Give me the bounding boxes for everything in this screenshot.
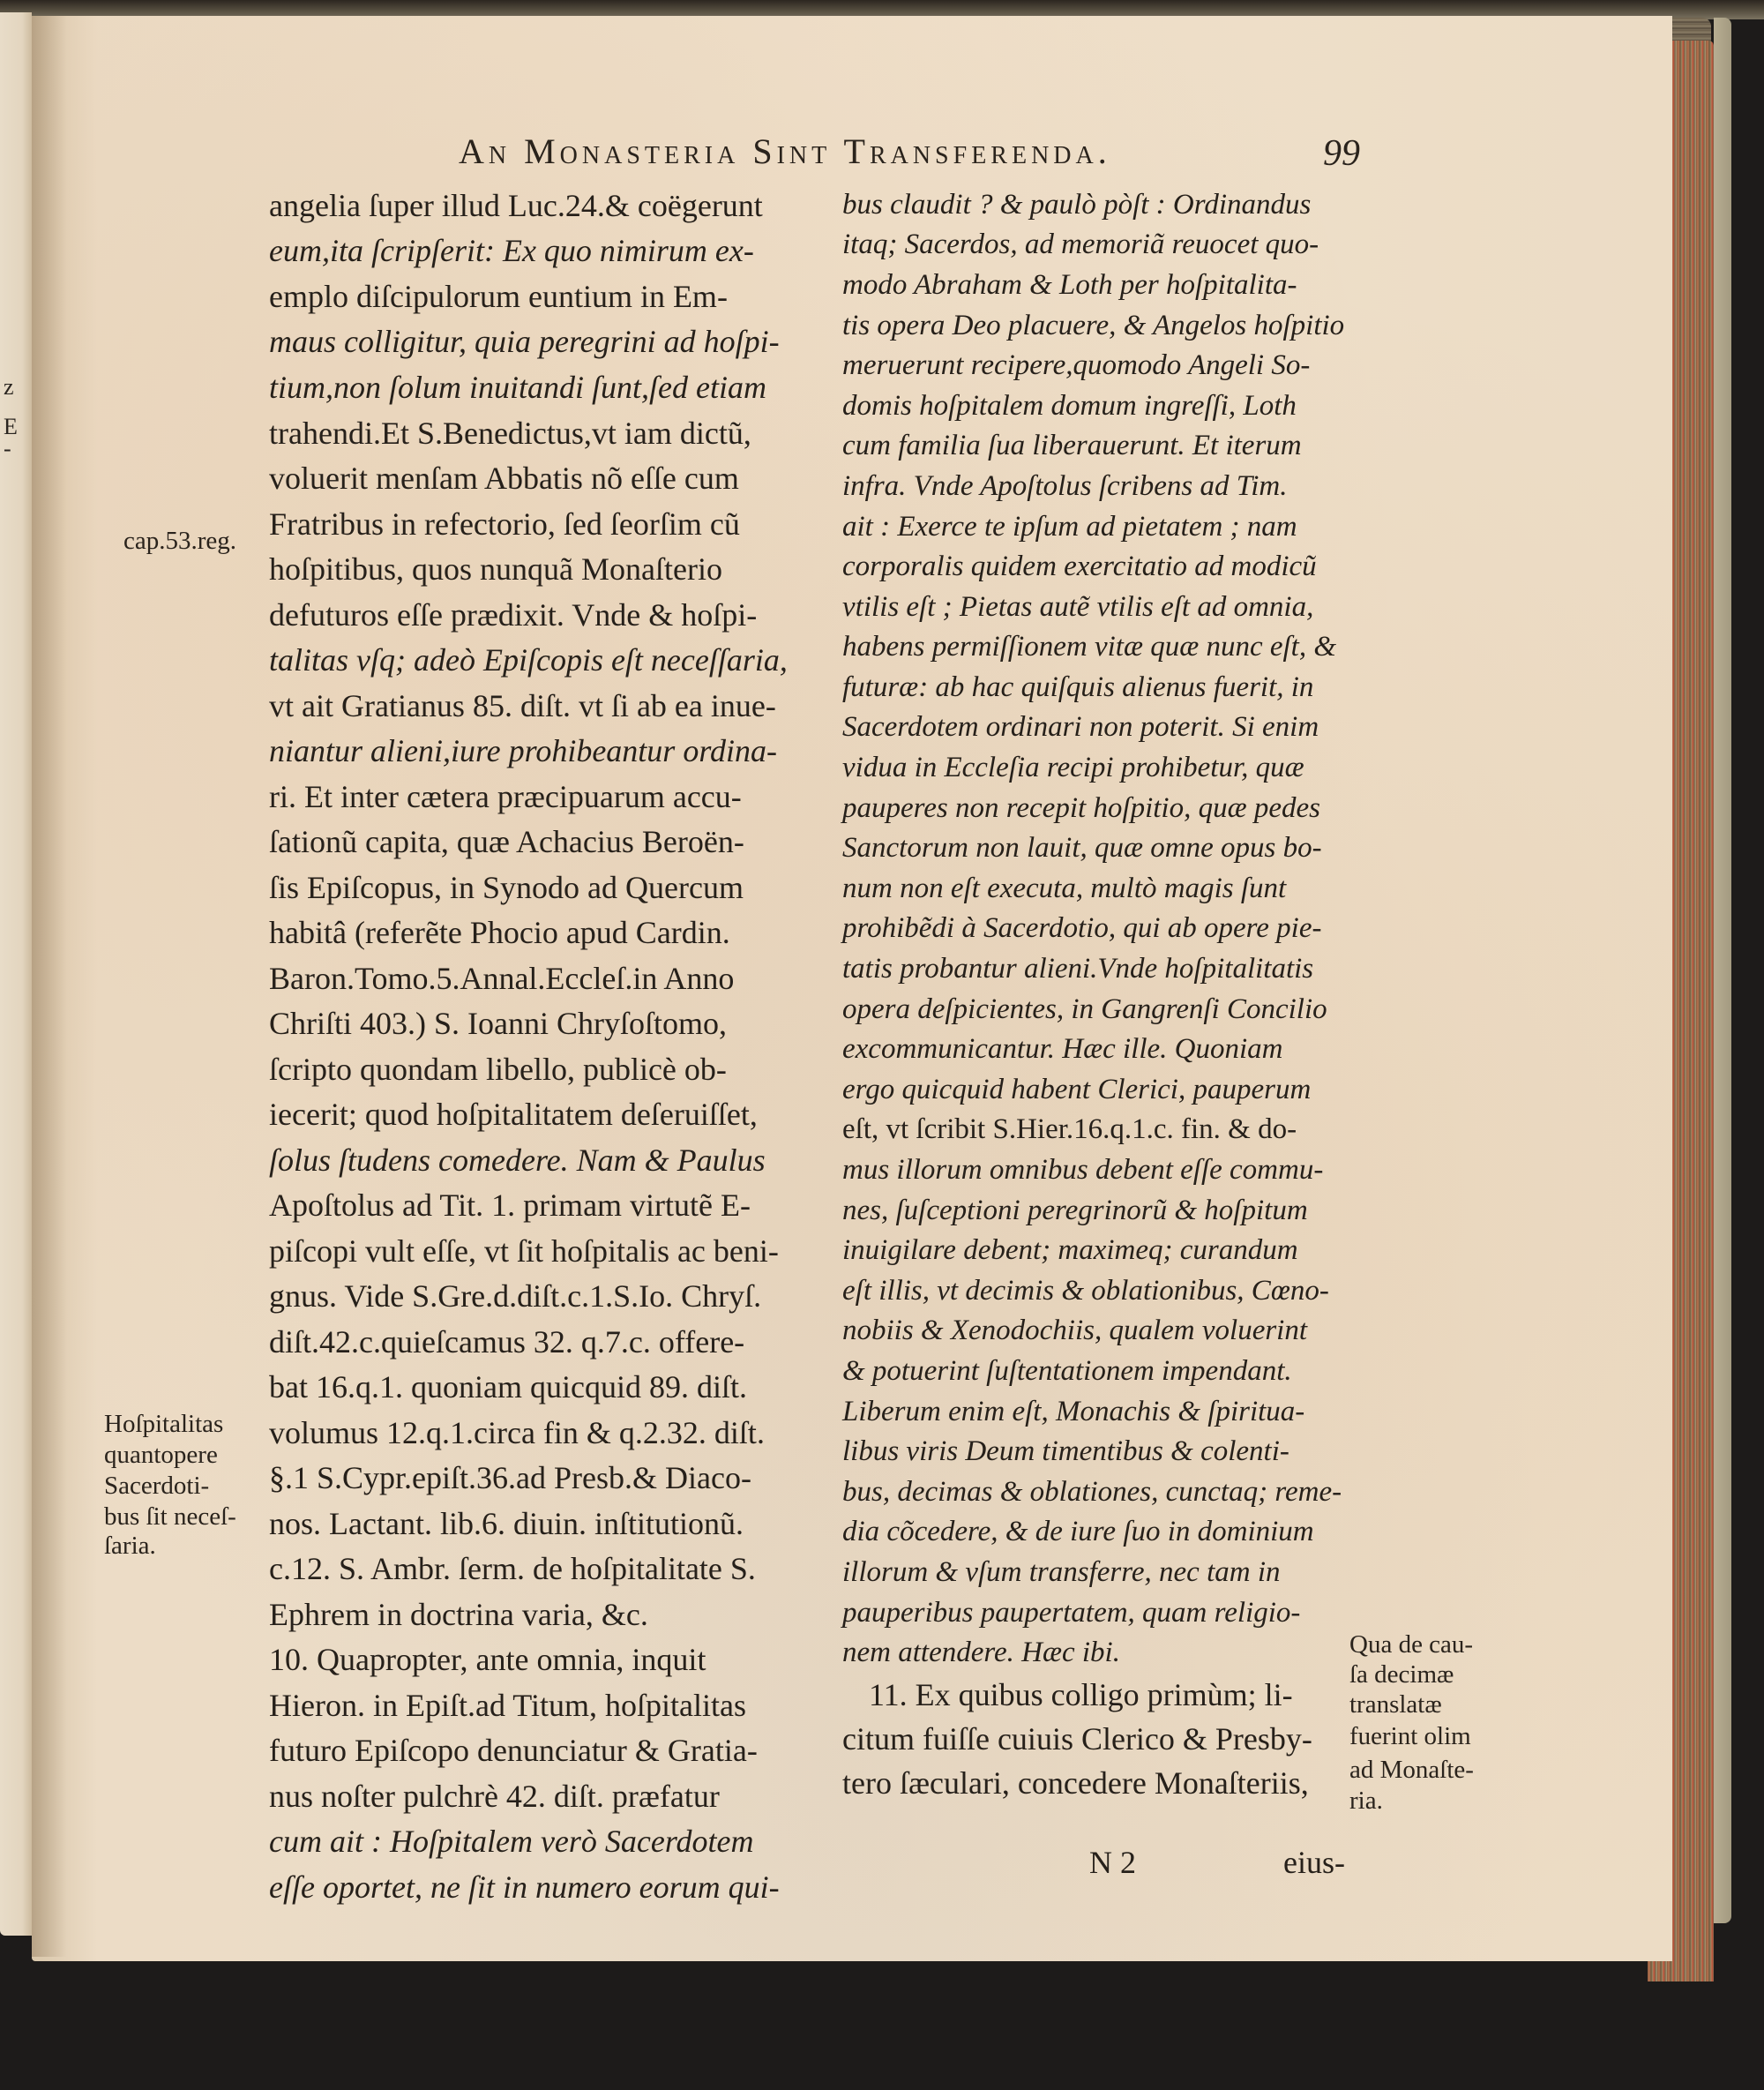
right-column-line: futuræ: ab hac quiſquis alienus fuerit, … (842, 671, 1313, 704)
right-column-line: habens permiſſionem vitæ quæ nunc eſt, & (842, 631, 1336, 663)
margin-note-hospitalitas: bus ſit neceſ- (104, 1502, 236, 1532)
left-column-line: hoſpitibus, quos nunquã Monaſterio (269, 551, 722, 588)
left-column-line: cum ait : Hoſpitalem verò Sacerdotem (269, 1823, 754, 1860)
right-column-line: modo Abraham & Loth per hoſpitalita- (842, 269, 1297, 302)
left-column-line: eum,ita ſcripſerit: Ex quo nimirum ex- (269, 232, 754, 269)
left-column-line: Apoſtolus ad Tit. 1. primam virtutẽ E- (269, 1187, 751, 1224)
left-column-line: Hieron. in Epiſt.ad Titum, hoſpitalitas (269, 1687, 746, 1724)
right-column-line: pauperes non recepit hoſpitio, quæ pedes (842, 792, 1320, 825)
margin-note-qua-de-causa: translatæ (1349, 1690, 1442, 1719)
left-column-line: emplo diſcipulorum euntium in Em- (269, 278, 728, 315)
left-column-line: volumus 12.q.1.circa fin & q.2.32. diſt. (269, 1414, 765, 1451)
margin-note-qua-de-causa: ria. (1349, 1787, 1383, 1816)
left-column-line: eſſe oportet, ne ſit in numero eorum qui… (269, 1869, 780, 1906)
margin-note-qua-de-causa: fuerint olim (1349, 1722, 1471, 1751)
left-column-line: talitas vſq; adeò Epiſcopis eſt neceſſar… (269, 641, 788, 678)
right-column-line: vidua in Eccleſia recipi prohibetur, quæ (842, 752, 1304, 784)
right-column-line: citum fuiſſe cuiuis Clerico & Presby- (842, 1720, 1312, 1757)
left-column-line: ſis Epiſcopus, in Synodo ad Quercum (269, 869, 744, 906)
right-column-line: cum familia ſua liberauerunt. Et iterum (842, 430, 1302, 462)
margin-note-cap-ref: cap.53.reg. (123, 527, 236, 556)
right-column-line: & potuerint ſuſtentationem impendant. (842, 1355, 1292, 1388)
right-column-line: bus claudit ? & paulò pòſt : Ordinandus (842, 189, 1311, 221)
right-column-line: excommunicantur. Hæc ille. Quoniam (842, 1033, 1283, 1066)
right-column-line: illorum & vſum transferre, nec tam in (842, 1556, 1280, 1589)
right-column-line: inuigilare debent; maximeq; curandum (842, 1234, 1298, 1267)
left-column-line: bat 16.q.1. quoniam quicquid 89. diſt. (269, 1368, 747, 1405)
gutter-shadow (32, 16, 67, 1957)
right-column-line: nem attendere. Hæc ibi. (842, 1637, 1120, 1669)
right-column-line: libus viris Deum timentibus & colenti- (842, 1435, 1289, 1468)
right-column-line: corporalis quidem exercitatio ad modicũ (842, 551, 1317, 583)
page-number: 99 (1323, 132, 1360, 175)
signature-mark: N 2 (1089, 1844, 1136, 1881)
margin-note-qua-de-causa: ad Monaſte- (1349, 1756, 1474, 1785)
left-column-line: tium,non ſolum inuitandi ſunt,ſed etiam (269, 369, 766, 406)
right-column-line: num non eſt executa, multò magis ſunt (842, 873, 1286, 905)
right-column-line: dia cõcedere, & de iure ſuo in dominium (842, 1516, 1314, 1548)
right-column-line: nes, ſuſceptioni peregrinorũ & hoſpitum (842, 1195, 1308, 1227)
right-column-line: mus illorum omnibus debent eſſe commu- (842, 1154, 1323, 1187)
left-column-line: angelia ſuper illud Luc.24.& coëgerunt (269, 187, 763, 224)
right-column-line: tis opera Deo placuere, & Angelos hoſpit… (842, 310, 1344, 342)
right-column-line: infra. Vnde Apoſtolus ſcribens ad Tim. (842, 470, 1288, 503)
left-column-line: futuro Epiſcopo denunciatur & Gratia- (269, 1732, 758, 1769)
margin-note-hospitalitas: Hoſpitalitas (104, 1410, 223, 1439)
margin-note-hospitalitas: quantopere (104, 1441, 218, 1470)
left-column-line: §.1 S.Cypr.epiſt.36.ad Presb.& Diaco- (269, 1459, 751, 1496)
left-column-line: ſcripto quondam libello, publicè ob- (269, 1051, 727, 1088)
facing-page-glyph: z (4, 374, 14, 401)
right-column-line: Sacerdotem ordinari non poterit. Si enim (842, 711, 1319, 744)
right-column-line: ait : Exerce te ipſum ad pietatem ; nam (842, 511, 1297, 543)
left-column-line: Fratribus in refectorio, ſed ſeorſim cũ (269, 506, 740, 543)
right-column-line: Liberum enim eſt, Monachis & ſpiritua- (842, 1396, 1304, 1428)
catchword: eius- (1283, 1844, 1345, 1881)
right-column-line: meruerunt recipere,quomodo Angeli So- (842, 349, 1310, 382)
right-column-line: domis hoſpitalem domum ingreſſi, Loth (842, 390, 1297, 423)
right-column-line: tero ſæculari, concedere Monaſteriis, (842, 1764, 1309, 1802)
left-column-line: Ephrem in doctrina varia, &c. (269, 1596, 648, 1633)
left-column-line: iecerit; quod hoſpitalitatem deſeruiſſet… (269, 1096, 758, 1133)
right-column-line: eſt, vt ſcribit S.Hier.16.q.1.c. fin. & … (842, 1113, 1297, 1146)
left-column-line: ſolus ſtudens comedere. Nam & Paulus (269, 1142, 766, 1179)
right-column-line: ergo quicquid habent Clerici, pauperum (842, 1074, 1311, 1106)
left-column-line: nos. Lactant. lib.6. diuin. inſtitutionũ… (269, 1505, 744, 1542)
facing-page-glyph: - (4, 436, 11, 462)
right-column-line: prohibẽdi à Sacerdotio, qui ab opere pie… (842, 912, 1322, 945)
right-column-line: 11. Ex quibus colligo primùm; li- (869, 1676, 1293, 1713)
left-column-line: 10. Quapropter, ante omnia, inquit (269, 1641, 706, 1678)
right-column-line: vtilis eſt ; Pietas autẽ vtilis eſt ad o… (842, 591, 1313, 624)
left-column-line: piſcopi vult eſſe, vt ſit hoſpitalis ac … (269, 1232, 779, 1270)
right-column-line: nobiis & Xenodochiis, qualem voluerint (842, 1315, 1307, 1347)
left-column-line: niantur alieni,iure prohibeantur ordina- (269, 732, 777, 769)
right-column-line: tatis probantur alieni.Vnde hoſpitalitat… (842, 953, 1313, 985)
left-column-line: c.12. S. Ambr. ſerm. de hoſpitalitate S. (269, 1550, 756, 1587)
left-column-line: Chriſti 403.) S. Ioanni Chryſoſtomo, (269, 1005, 727, 1042)
left-column-line: ſationũ capita, quæ Achacius Beroën- (269, 823, 744, 860)
margin-note-qua-de-causa: Qua de cau- (1349, 1630, 1473, 1659)
left-column-line: defuturos eſſe prædixit. Vnde & hoſpi- (269, 596, 757, 633)
left-column-line: nus noſter pulchrè 42. diſt. præfatur (269, 1778, 720, 1815)
running-head: An Monasteria Sint Transferenda. (459, 131, 1111, 172)
left-column-line: ri. Et inter cætera præcipuarum accu- (269, 778, 742, 815)
margin-note-hospitalitas: Sacerdoti- (104, 1472, 209, 1501)
right-column-line: bus, decimas & oblationes, cunctaq; reme… (842, 1476, 1342, 1509)
right-column-line: opera deſpicientes, in Gangrenſi Concili… (842, 993, 1327, 1026)
margin-note-qua-de-causa: ſa decimæ (1349, 1660, 1454, 1689)
left-column-line: gnus. Vide S.Gre.d.diſt.c.1.S.Io. Chryſ. (269, 1277, 761, 1315)
margin-note-hospitalitas: ſaria. (104, 1532, 156, 1561)
binding-flap (1714, 18, 1731, 1923)
left-column-line: maus colligitur, quia peregrini ad hoſpi… (269, 323, 780, 360)
right-column-line: pauperibus paupertatem, quam religio- (842, 1597, 1300, 1629)
left-column-line: diſt.42.c.quieſcamus 32. q.7.c. offere- (269, 1323, 744, 1360)
left-column-line: habitâ (referẽte Phocio apud Cardin. (269, 914, 730, 951)
right-column-line: itaq; Sacerdos, ad memoriã reuocet quo- (842, 228, 1319, 261)
right-column-line: eſt illis, vt decimis & oblationibus, Cœ… (842, 1275, 1329, 1307)
left-column-line: trahendi.Et S.Benedictus,vt iam dictũ, (269, 415, 751, 452)
right-column-line: Sanctorum non lauit, quæ omne opus bo- (842, 832, 1322, 865)
facing-page-fragment: z E - (0, 12, 32, 1936)
left-column-line: Baron.Tomo.5.Annal.Eccleſ.in Anno (269, 960, 734, 997)
left-column-line: vt ait Gratianus 85. diſt. vt ſi ab ea i… (269, 687, 776, 724)
left-column-line: voluerit menſam Abbatis nõ eſſe cum (269, 460, 739, 497)
